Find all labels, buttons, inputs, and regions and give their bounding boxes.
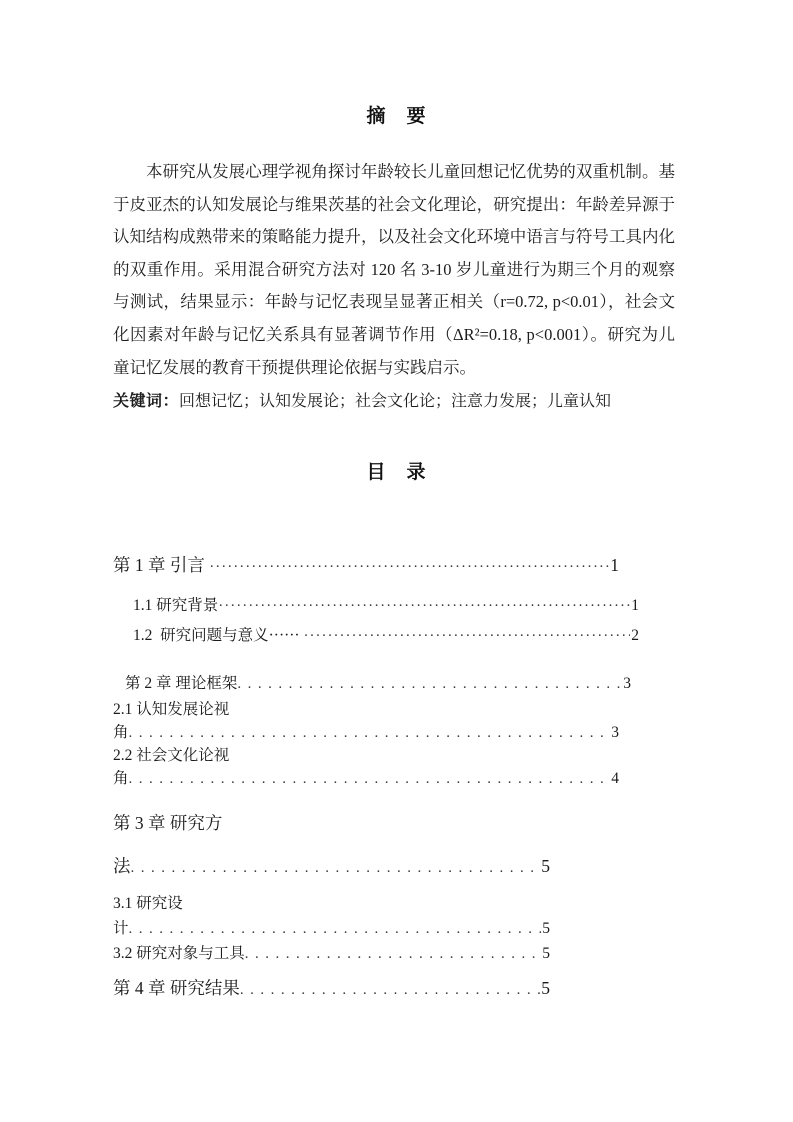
toc-entry-label: 角	[113, 769, 129, 790]
abstract-paragraph: 本研究从发展心理学视角探讨年龄较长儿童回想记忆优势的双重机制。基于皮亚杰的认知发…	[113, 156, 675, 384]
dot-leader: ........................................…	[129, 723, 611, 743]
toc-entry-1-2[interactable]: 1.2 研究问题与意义······ ······················…	[113, 626, 639, 647]
toc-entry-label: 2.1 认知发展论视	[113, 701, 229, 718]
toc-entry-label: 3.1 研究设	[113, 895, 183, 912]
toc-entry-label: 第 2 章 理论框架	[125, 674, 237, 695]
dot-leader: ........................................…	[245, 944, 541, 964]
toc-entry-2-2-line2[interactable]: 角 ......................................…	[113, 769, 619, 790]
toc-entry-page: 3	[610, 723, 619, 744]
toc-entry-label: 第 4 章 研究结果	[113, 977, 240, 1001]
toc-entry-chapter-3-line1[interactable]: 第 3 章 研究方	[113, 812, 222, 836]
toc-entry-page: 5	[540, 855, 550, 879]
dot-leader: ········································…	[303, 626, 630, 646]
document-page: 摘 要 本研究从发展心理学视角探讨年龄较长儿童回想记忆优势的双重机制。基于皮亚杰…	[0, 0, 793, 1122]
toc-title: 目 录	[0, 457, 793, 484]
abstract-title: 摘 要	[0, 101, 793, 128]
keywords-text: 回想记忆；认知发展论；社会文化论；注意力发展；儿童认知	[179, 393, 611, 410]
toc-entry-2-1-line2[interactable]: 角 ......................................…	[113, 723, 619, 744]
dot-leader: ........................................…	[129, 919, 542, 939]
dot-leader: ········································…	[218, 596, 630, 616]
toc-entry-chapter-1[interactable]: 第 1 章 引言 ·······························…	[113, 554, 619, 578]
dot-leader: ········································…	[209, 557, 609, 577]
toc-entry-page: 1	[630, 596, 639, 617]
toc-entry-page: 5	[540, 977, 550, 1001]
toc-entry-label: 第 3 章 研究方	[113, 813, 222, 833]
toc-entry-1-1[interactable]: 1.1 研究背景 ·······························…	[113, 596, 639, 617]
toc-entry-page: 1	[609, 554, 619, 578]
toc-entry-label: 1.2 研究问题与意义······	[133, 626, 303, 647]
toc-entry-chapter-2[interactable]: 第 2 章 理论框架 .............................…	[113, 674, 631, 695]
keywords-label: 关键词：	[113, 393, 179, 410]
toc-entry-chapter-3-line2[interactable]: 法 ......................................…	[113, 855, 550, 879]
toc-entry-2-1-line1[interactable]: 2.1 认知发展论视	[113, 700, 229, 721]
dot-leader: ........................................…	[237, 674, 622, 694]
toc-entry-label: 第 1 章 引言	[113, 554, 209, 578]
dot-leader: ........................................…	[131, 858, 541, 878]
toc-entry-page: 5	[541, 944, 550, 965]
toc-entry-label: 计	[113, 919, 129, 940]
toc-entry-3-1-line2[interactable]: 计 ......................................…	[113, 919, 550, 940]
toc-entry-2-2-line1[interactable]: 2.2 社会文化论视	[113, 746, 229, 767]
toc-entry-label: 1.1 研究背景	[133, 596, 218, 617]
toc-entry-label: 3.2 研究对象与工具	[113, 944, 245, 965]
toc-entry-3-1-line1[interactable]: 3.1 研究设	[113, 894, 183, 915]
dot-leader: ........................................…	[240, 980, 540, 1000]
toc-entry-page: 2	[630, 626, 639, 647]
toc-entry-chapter-4[interactable]: 第 4 章 研究结果 .............................…	[113, 977, 550, 1001]
toc-entry-label: 2.2 社会文化论视	[113, 747, 229, 764]
toc-entry-3-2[interactable]: 3.2 研究对象与工具 ............................…	[113, 944, 550, 965]
toc-entry-label: 角	[113, 723, 129, 744]
toc-entry-label: 法	[113, 855, 131, 879]
toc-entry-page: 3	[622, 674, 631, 695]
toc-entry-page: 4	[610, 769, 619, 790]
toc-entry-page: 5	[541, 919, 550, 940]
dot-leader: ........................................…	[129, 769, 611, 789]
keywords-line: 关键词：回想记忆；认知发展论；社会文化论；注意力发展；儿童认知	[113, 389, 675, 415]
